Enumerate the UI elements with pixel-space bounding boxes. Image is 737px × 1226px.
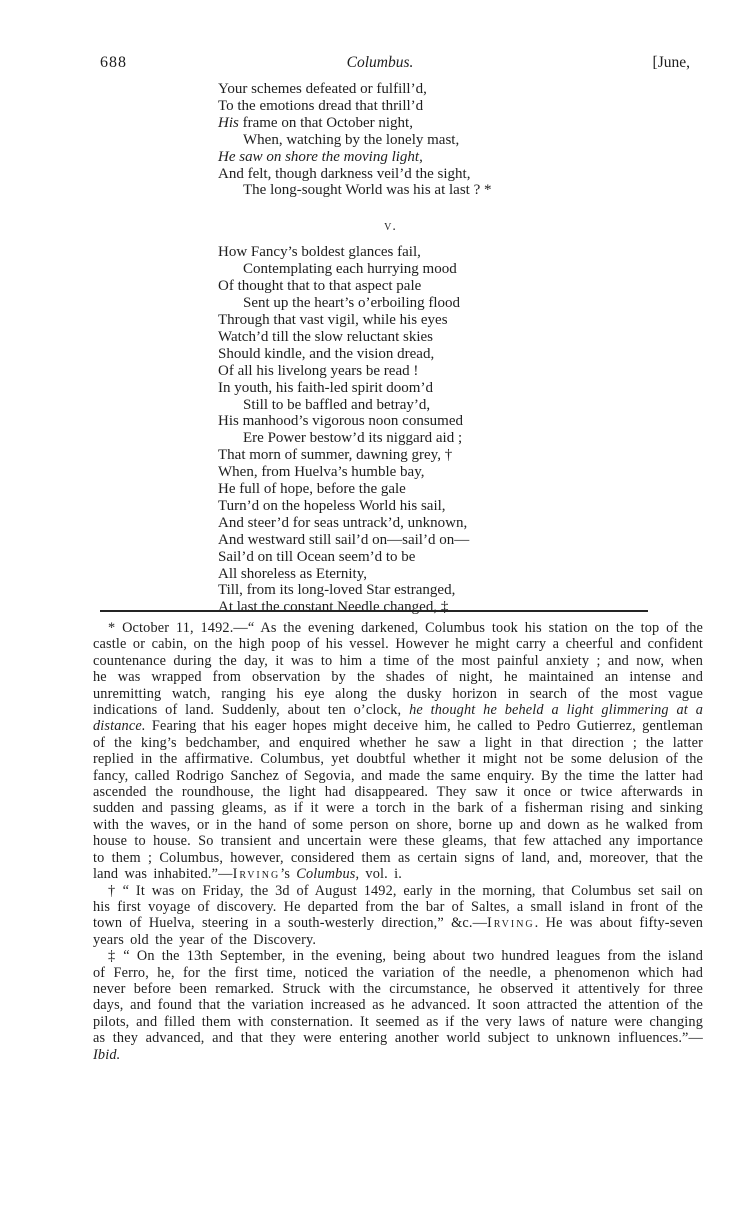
issue-date-label: [June, — [653, 54, 690, 72]
text: Till, from its long-loved Star estranged… — [218, 582, 455, 598]
footnote-double-dagger: ‡ “ On the 13th September, in the evenin… — [93, 948, 703, 1063]
italic-text: Ibid. — [93, 1047, 120, 1063]
running-title: Columbus. — [240, 54, 520, 72]
poem-line: Of thought that to that aspect pale — [218, 278, 618, 295]
text: Of all his livelong years be read ! — [218, 363, 418, 379]
text: ‡ “ On the 13th September, in the evenin… — [93, 948, 703, 1046]
poem-line: When, from Huelva’s humble bay, — [218, 464, 618, 481]
text: Of thought that to that aspect pale — [218, 278, 421, 294]
poem-line: Sent up the heart’s o’erboiling flood — [218, 295, 618, 312]
smallcaps-text: Irving — [487, 915, 535, 931]
text: He full of hope, before the gale — [218, 481, 406, 497]
text: Your schemes defeated or fulfill’d, — [218, 81, 427, 97]
text: When, from Huelva’s humble bay, — [218, 464, 424, 480]
italic-text: He saw on shore the moving light — [218, 149, 419, 165]
footnotes-block: * October 11, 1492.—“ As the evening dar… — [93, 620, 703, 1063]
text: How Fancy’s boldest glances fail, — [218, 244, 421, 260]
text: Watch’d till the slow reluctant skies — [218, 329, 433, 345]
text: In youth, his faith-led spirit doom’d — [218, 380, 433, 396]
stanza-heading: v. — [218, 220, 563, 234]
footnote-asterisk: * October 11, 1492.—“ As the evening dar… — [93, 620, 703, 883]
poem-line: Of all his livelong years be read ! — [218, 363, 618, 380]
text: , vol. i. — [355, 866, 401, 882]
page-number: 688 — [100, 54, 127, 72]
running-head: 688 Columbus. [June, — [0, 54, 737, 76]
text: Through that vast vigil, while his eyes — [218, 312, 448, 328]
stanza-v: How Fancy’s boldest glances fail,Contemp… — [218, 244, 618, 616]
poem-line: In youth, his faith-led spirit doom’d — [218, 380, 618, 397]
italic-text: Columbus — [296, 866, 355, 882]
poem-line: Through that vast vigil, while his eyes — [218, 312, 618, 329]
poem-line: Turn’d on the hopeless World his sail, — [218, 498, 618, 515]
poem-line: All shoreless as Eternity, — [218, 566, 618, 583]
poem-line: And steer’d for seas untrack’d, unknown, — [218, 515, 618, 532]
text: Ere Power bestow’d its niggard aid ; — [243, 430, 462, 446]
book-page: 688 Columbus. [June, Your schemes defeat… — [0, 0, 737, 1226]
text: That morn of summer, dawning grey, † — [218, 447, 452, 463]
poem-line: When, watching by the lonely mast, — [218, 132, 618, 149]
text: At last the constant Needle changed, ‡ — [218, 599, 448, 615]
text: When, watching by the lonely mast, — [243, 132, 459, 148]
poem-line: How Fancy’s boldest glances fail, — [218, 244, 618, 261]
text: Still to be baffled and betray’d, — [243, 397, 430, 413]
poem-line: He saw on shore the moving light, — [218, 149, 618, 166]
footnote-divider-rule — [100, 610, 648, 612]
text: Should kindle, and the vision dread, — [218, 346, 434, 362]
poem-line: Till, from its long-loved Star estranged… — [218, 582, 618, 599]
poem-line: The long-sought World was his at last ? … — [218, 182, 618, 199]
poem-line: Should kindle, and the vision dread, — [218, 346, 618, 363]
poem-line: Ere Power bestow’d its niggard aid ; — [218, 430, 618, 447]
text: And felt, though darkness veil’d the sig… — [218, 166, 470, 182]
text: Contemplating each hurrying mood — [243, 261, 457, 277]
text: And steer’d for seas untrack’d, unknown, — [218, 515, 467, 531]
text: Sent up the heart’s o’erboiling flood — [243, 295, 460, 311]
poem-line: Sail’d on till Ocean seem’d to be — [218, 549, 618, 566]
poem-line: His manhood’s vigorous noon consumed — [218, 413, 618, 430]
poem-line: Contemplating each hurrying mood — [218, 261, 618, 278]
poem-line: Your schemes defeated or fulfill’d, — [218, 81, 618, 98]
text: His manhood’s vigorous noon consumed — [218, 413, 463, 429]
text: To the emotions dread that thrill’d — [218, 98, 423, 114]
text: Sail’d on till Ocean seem’d to be — [218, 549, 415, 565]
smallcaps-text: Irving — [233, 866, 281, 882]
poem-line: His frame on that October night, — [218, 115, 618, 132]
text: frame on that October night, — [239, 115, 413, 131]
text: All shoreless as Eternity, — [218, 566, 367, 582]
stanza-continuation: Your schemes defeated or fulfill’d,To th… — [218, 81, 618, 199]
poem-line: Watch’d till the slow reluctant skies — [218, 329, 618, 346]
poem-line: He full of hope, before the gale — [218, 481, 618, 498]
poem-line: Still to be baffled and betray’d, — [218, 397, 618, 414]
poem-line: To the emotions dread that thrill’d — [218, 98, 618, 115]
text: ’s — [280, 866, 296, 882]
italic-text: His — [218, 115, 239, 131]
text: And westward still sail’d on—sail’d on— — [218, 532, 469, 548]
footnote-dagger: † “ It was on Friday, the 3d of August 1… — [93, 883, 703, 949]
poem-block: Your schemes defeated or fulfill’d,To th… — [218, 81, 618, 616]
text: The long-sought World was his at last ? … — [243, 182, 491, 198]
poem-line: And felt, though darkness veil’d the sig… — [218, 166, 618, 183]
text: Fearing that his eager hopes might decei… — [93, 718, 703, 882]
text: , — [419, 149, 423, 165]
poem-line: And westward still sail’d on—sail’d on— — [218, 532, 618, 549]
poem-line: At last the constant Needle changed, ‡ — [218, 599, 618, 616]
text: Turn’d on the hopeless World his sail, — [218, 498, 446, 514]
poem-line: That morn of summer, dawning grey, † — [218, 447, 618, 464]
